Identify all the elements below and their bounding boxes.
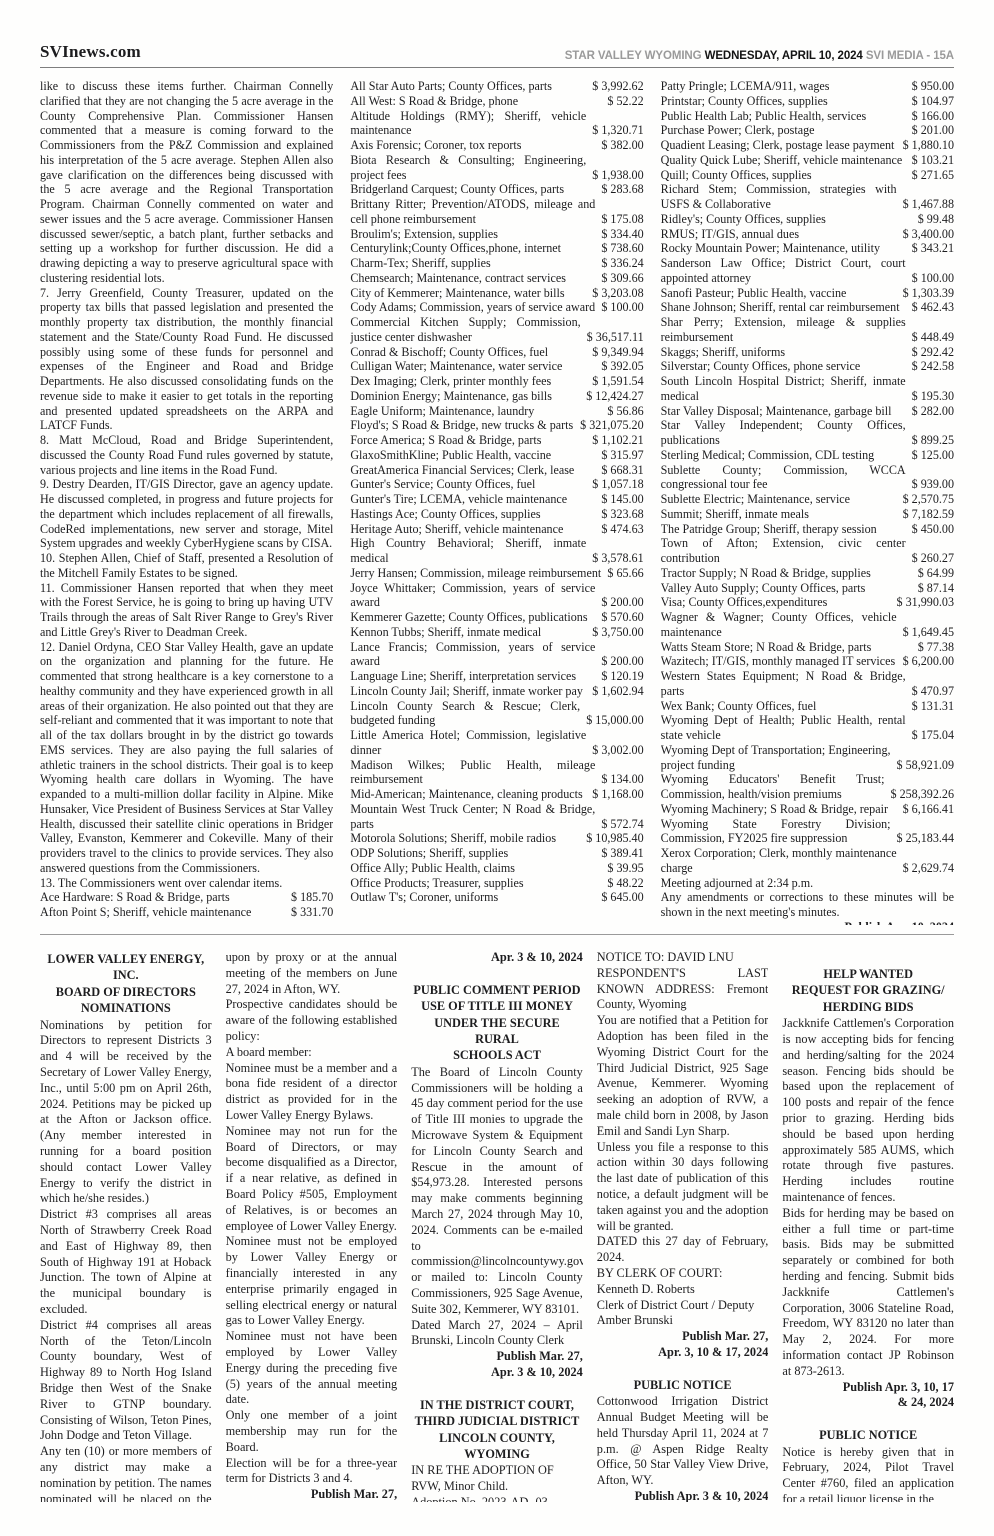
expense-amount: $ 258,392.26 [891,787,955,802]
expense-payee: Gunter's Service; County Offices, fuel [350,477,535,492]
expense-row: Sanderson Law Office; District Court, co… [661,256,954,286]
notice-block: upon by proxy or at the annual meeting o… [226,950,398,997]
expense-amount: $ 1,467.88 [903,197,954,212]
notice-blocks-1: LOWER VALLEY ENERGY, INC. BOARD OF DIREC… [40,951,212,1502]
expense-amount: $ 392.05 [601,359,643,374]
expense-row: Heritage Auto; Sheriff, vehicle maintena… [350,522,643,537]
expense-row: Quality Quick Lube; Sheriff, vehicle mai… [661,153,954,168]
expense-payee: Summit; Sheriff, inmate meals [661,507,809,522]
expense-row: Office Ally; Public Health, claims $ 39.… [350,861,643,876]
expense-amount: $ 1,168.00 [592,787,643,802]
notice-block: Clerk of District Court / Deputy Amber B… [597,1298,769,1330]
expense-payee: Wyoming Educators' Benefit Trust; Commis… [661,772,885,802]
expense-amount: $ 3,002.00 [592,743,643,758]
expense-payee: Biota Research & Consulting; Engineering… [350,153,586,183]
expense-row: Quadient Leasing; Clerk, postage lease p… [661,138,954,153]
expense-row: Motorola Solutions; Sheriff, mobile radi… [350,831,643,846]
expense-amount: $ 474.63 [601,522,643,537]
expense-amount: $ 283.68 [601,182,643,197]
expense-row: Brittany Ritter; Prevention/ATODS, milea… [350,197,643,227]
expense-amount: $ 645.00 [601,890,643,905]
expense-row: RMUS; IT/GIS, annual dues $ 3,400.00 [661,227,954,242]
expense-payee: Altitude Holdings (RMY); Sheriff, vehicl… [350,109,586,139]
expense-amount: $ 52.22 [607,94,643,109]
expense-payee: Wagner & Wagner; County Offices, vehicle… [661,610,897,640]
expense-payee: Wazitech; IT/GIS, monthly managed IT ser… [661,654,896,669]
expense-row: Rocky Mountain Power; Maintenance, utili… [661,241,954,256]
minutes-closing-blocks: Meeting adjourned at 2:34 p.m.Any amendm… [661,876,954,926]
notice-block: PUBLIC COMMENT PERIOD USE OF TITLE III M… [411,982,583,1064]
expense-row: Jerry Hansen; Commission, mileage reimbu… [350,566,643,581]
expense-row: Shar Perry; Extension, mileage & supplie… [661,315,954,345]
expense-row: Floyd's; S Road & Bridge, new trucks & p… [350,418,643,433]
notice-block: PUBLIC NOTICE [782,1427,954,1443]
expense-payee: Star Valley Disposal; Maintenance, garba… [661,404,892,419]
expense-payee: Floyd's; S Road & Bridge, new trucks & p… [350,418,573,433]
expense-payee: Commercial Kitchen Supply; Commission, j… [350,315,580,345]
masthead: SVInews.com STAR VALLEY WYOMING WEDNESDA… [40,0,954,67]
expense-payee: Shar Perry; Extension, mileage & supplie… [661,315,906,345]
expense-amount: $ 6,200.00 [903,654,954,669]
expense-payee: Richard Stem; Commission, strategies wit… [661,182,897,212]
notice-block: Publish Apr. 3 & 10, 2024 [597,1489,769,1502]
expense-amount: $ 9,349.94 [592,345,643,360]
expense-payee: Conrad & Bischoff; County Offices, fuel [350,345,548,360]
notice-block: Unless you file a response to this actio… [597,1140,769,1235]
expense-row: Charm-Tex; Sheriff, supplies $ 336.24 [350,256,643,271]
expense-payee: Mid-American; Maintenance, cleaning prod… [350,787,582,802]
notices-column-3: Apr. 3 & 10, 2024PUBLIC COMMENT PERIOD U… [411,950,583,1502]
notice-block: Election will be for a three-year term f… [226,1456,398,1488]
minutes-column-3: Patty Pringle; LCEMA/911, wages $ 950.00… [661,79,954,925]
expense-payee: Dex Imaging; Clerk, printer monthly fees [350,374,551,389]
expense-amount: $ 58,921.09 [897,758,954,773]
notice-block: District #4 comprises all areas North of… [40,1318,212,1444]
expense-amount: $ 39.95 [607,861,643,876]
expense-amount: $ 572.74 [601,817,643,832]
expense-row: Wyoming Educators' Benefit Trust; Commis… [661,772,954,802]
expense-payee: Ridley's; County Offices, supplies [661,212,826,227]
expense-payee: Office Ally; Public Health, claims [350,861,515,876]
expense-payee: RMUS; IT/GIS, annual dues [661,227,799,242]
notice-block: Nominee must not be employed by Lower Va… [226,1234,398,1329]
expense-amount: $ 195.30 [912,389,954,404]
notice-block [411,1381,583,1396]
expense-row: Silverstar; County Offices, phone servic… [661,359,954,374]
expense-row: Western States Equipment; N Road & Bridg… [661,669,954,699]
expense-payee: Wex Bank; County Offices, fuel [661,699,817,714]
notice-block: Nominations by petition for Directors to… [40,1018,212,1208]
expense-payee: Wyoming Machinery; S Road & Bridge, repa… [661,802,888,817]
expense-amount: $ 65.66 [607,566,643,581]
expense-amount: $ 1,938.00 [592,168,643,183]
expense-amount: $ 668.31 [601,463,643,478]
expense-payee: Lance Francis; Commission, years of serv… [350,640,595,670]
expense-payee: Hastings Ace; County Offices, supplies [350,507,540,522]
expense-row: All Star Auto Parts; County Offices, par… [350,79,643,94]
notice-block: IN THE DISTRICT COURT, THIRD JUDICIAL DI… [411,1397,583,1463]
expense-payee: Watts Steam Store; N Road & Bridge, part… [661,640,872,655]
notice-block [597,1361,769,1376]
minutes-paragraph-list: like to discuss these items further. Cha… [40,79,333,890]
expense-payee: Kennon Tubbs; Sheriff, inmate medical [350,625,541,640]
expense-amount: $ 175.04 [912,728,954,743]
expense-payee: Public Health Lab; Public Health, servic… [661,109,867,124]
commission-minutes-section: like to discuss these items further. Cha… [40,68,954,925]
expense-list-2: All Star Auto Parts; County Offices, par… [350,79,643,905]
notices-column-1: LOWER VALLEY ENERGY, INC. BOARD OF DIREC… [40,950,212,1502]
expense-amount: $ 2,629.74 [903,861,954,876]
expense-row: Tractor Supply; N Road & Bridge, supplie… [661,566,954,581]
expense-payee: Force America; S Road & Bridge, parts [350,433,541,448]
notice-blocks-2: upon by proxy or at the annual meeting o… [226,950,398,1502]
minutes-column-2: All Star Auto Parts; County Offices, par… [350,79,643,925]
minutes-paragraph: like to discuss these items further. Cha… [40,79,333,286]
expense-row: Ace Hardware: S Road & Bridge, parts $ 1… [40,890,333,905]
expense-row: Printstar; County Offices, supplies $ 10… [661,94,954,109]
expense-payee: Xerox Corporation; Clerk, monthly mainte… [661,846,897,876]
expense-amount: $ 7,182.59 [903,507,954,522]
expense-row: South Lincoln Hospital District; Sheriff… [661,374,954,404]
expense-amount: $ 100.00 [912,271,954,286]
expense-amount: $ 450.00 [912,522,954,537]
expense-row: Valley Auto Supply; County Offices, part… [661,581,954,596]
expense-amount: $ 899.25 [912,433,954,448]
notice-blocks-5: HELP WANTED REQUEST FOR GRAZING/ HERDING… [782,950,954,1502]
expense-row: Little America Hotel; Commission, legisl… [350,728,643,758]
expense-row: Dominion Energy; Maintenance, gas bills … [350,389,643,404]
notice-block: LOWER VALLEY ENERGY, INC. BOARD OF DIREC… [40,951,212,1017]
minutes-paragraph: 11. Commissioner Hansen reported that wh… [40,581,333,640]
expense-amount: $ 87.14 [918,581,954,596]
expense-amount: $ 31,990.03 [897,595,954,610]
expense-payee: Visa; County Offices,expenditures [661,595,828,610]
expense-row: Madison Wilkes; Public Health, mileage r… [350,758,643,788]
expense-row: Ridley's; County Offices, supplies $ 99.… [661,212,954,227]
expense-row: Bridgerland Carquest; County Offices, pa… [350,182,643,197]
expense-row: Purchase Power; Clerk, postage $ 201.00 [661,123,954,138]
expense-row: Kennon Tubbs; Sheriff, inmate medical $ … [350,625,643,640]
expense-row: Sanofi Pasteur; Public Health, vaccine $… [661,286,954,301]
expense-payee: Afton Point S; Sheriff, vehicle maintena… [40,905,251,920]
expense-amount: $ 950.00 [912,79,954,94]
expense-amount: $ 1,649.45 [903,625,954,640]
notice-block: You are notified that a Petition for Ado… [597,1013,769,1139]
expense-row: Lincoln County Jail; Sheriff, inmate wor… [350,684,643,699]
expense-amount: $ 200.00 [601,595,643,610]
expense-payee: Eagle Uniform; Maintenance, laundry [350,404,534,419]
expense-amount: $ 25,183.44 [897,831,954,846]
newspaper-page: SVInews.com STAR VALLEY WYOMING WEDNESDA… [0,0,994,1536]
expense-amount: $ 120.19 [601,669,643,684]
expense-amount: $ 2,570.75 [903,492,954,507]
expense-payee: Charm-Tex; Sheriff, supplies [350,256,490,271]
expense-row: Watts Steam Store; N Road & Bridge, part… [661,640,954,655]
expense-payee: Kemmerer Gazette; County Offices, public… [350,610,587,625]
expense-payee: Bridgerland Carquest; County Offices, pa… [350,182,564,197]
expense-amount: $ 334.40 [601,227,643,242]
notice-block [782,1411,954,1426]
notices-column-4: NOTICE TO: DAVID LNURESPONDENT'S LAST KN… [597,950,769,1502]
expense-row: Patty Pringle; LCEMA/911, wages $ 950.00 [661,79,954,94]
expense-amount: $ 99.48 [918,212,954,227]
expense-amount: $ 570.60 [601,610,643,625]
expense-payee: Sterling Medical; Commission, CDL testin… [661,448,875,463]
expense-payee: City of Kemmerer; Maintenance, water bil… [350,286,564,301]
expense-row: Wyoming Machinery; S Road & Bridge, repa… [661,802,954,817]
expense-row: City of Kemmerer; Maintenance, water bil… [350,286,643,301]
expense-row: Wyoming State Forestry Division; Commiss… [661,817,954,847]
expense-row: Cody Adams; Commission, years of service… [350,300,643,315]
expense-row: Summit; Sheriff, inmate meals $ 7,182.59 [661,507,954,522]
notice-block: DATED this 27 day of February, 2024. [597,1234,769,1266]
notice-block: Publish Mar. 27, [226,1487,398,1502]
notice-block: District #3 comprises all areas North of… [40,1207,212,1318]
expense-payee: Lincoln County Search & Rescue; Clerk, b… [350,699,580,729]
expense-amount: $ 323.68 [601,507,643,522]
expense-amount: $ 1,303.39 [903,286,954,301]
minutes-closing-line: Meeting adjourned at 2:34 p.m. [661,876,954,891]
minutes-paragraph: 7. Jerry Greenfield, County Treasurer, u… [40,286,333,434]
expense-row: Visa; County Offices,expenditures $ 31,9… [661,595,954,610]
expense-payee: Joyce Whittaker; Commission, years of se… [350,581,595,611]
notice-block: BY CLERK OF COURT: [597,1266,769,1282]
expense-row: Lincoln County Search & Rescue; Clerk, b… [350,699,643,729]
expense-row: Altitude Holdings (RMY); Sheriff, vehicl… [350,109,643,139]
expense-amount: $ 201.00 [912,123,954,138]
expense-payee: Western States Equipment; N Road & Bridg… [661,669,906,699]
expense-row: Town of Afton; Extension, civic center c… [661,536,954,566]
expense-payee: All Star Auto Parts; County Offices, par… [350,79,552,94]
expense-amount: $ 448.49 [912,330,954,345]
notice-block: Publish Apr. 3, 10, 17 & 24, 2024 [782,1380,954,1412]
notice-block: A board member: [226,1045,398,1061]
expense-payee: Tractor Supply; N Road & Bridge, supplie… [661,566,871,581]
expense-amount: $ 3,400.00 [903,227,954,242]
expense-payee: Rocky Mountain Power; Maintenance, utili… [661,241,880,256]
expense-row: Conrad & Bischoff; County Offices, fuel … [350,345,643,360]
notice-block: IN RE THE ADOPTION OF RVW, Minor Child. [411,1463,583,1495]
expense-payee: Sanderson Law Office; District Court, co… [661,256,906,286]
expense-amount: $ 1,591.54 [592,374,643,389]
expense-amount: $ 309.66 [601,271,643,286]
expense-amount: $ 56.86 [607,404,643,419]
notice-block: RESPONDENT'S LAST KNOWN ADDRESS: Fremont… [597,966,769,1013]
expense-row: All West: S Road & Bridge, phone $ 52.22 [350,94,643,109]
date-label: WEDNESDAY, APRIL 10, 2024 [705,50,863,62]
expense-row: High Country Behavioral; Sheriff, inmate… [350,536,643,566]
expense-row: Public Health Lab; Public Health, servic… [661,109,954,124]
expense-row: Star Valley Disposal; Maintenance, garba… [661,404,954,419]
expense-row: Afton Point S; Sheriff, vehicle maintena… [40,905,333,920]
expense-row: Eagle Uniform; Maintenance, laundry $ 56… [350,404,643,419]
expense-row: Xerox Corporation; Clerk, monthly mainte… [661,846,954,876]
expense-row: Kemmerer Gazette; County Offices, public… [350,610,643,625]
expense-amount: $ 1,102.21 [592,433,643,448]
notice-block: Nominee must be a member and a bona fide… [226,1061,398,1124]
expense-row: Gunter's Tire; LCEMA, vehicle maintenanc… [350,492,643,507]
notice-block: Nominee must not have been employed by L… [226,1329,398,1408]
expense-amount: $ 343.21 [912,241,954,256]
notice-block: Cottonwood Irrigation District Annual Bu… [597,1394,769,1489]
expense-payee: Sanofi Pasteur; Public Health, vaccine [661,286,847,301]
expense-payee: Skaggs; Sheriff, uniforms [661,345,785,360]
expense-amount: $ 6,166.41 [903,802,954,817]
expense-row: Sterling Medical; Commission, CDL testin… [661,448,954,463]
expense-payee: Jerry Hansen; Commission, mileage reimbu… [350,566,601,581]
expense-payee: South Lincoln Hospital District; Sheriff… [661,374,906,404]
notice-block: Jackknife Cattlemen's Corporation is now… [782,1016,954,1206]
notice-block: The Board of Lincoln County Commissioner… [411,1065,583,1318]
notice-block: Apr. 3 & 10, 2024 [411,950,583,966]
expense-amount: $ 103.21 [912,153,954,168]
expense-payee: High Country Behavioral; Sheriff, inmate… [350,536,586,566]
expense-row: Hastings Ace; County Offices, supplies $… [350,507,643,522]
expense-payee: Outlaw T's; Coroner, uniforms [350,890,498,905]
expense-row: Richard Stem; Commission, strategies wit… [661,182,954,212]
expense-payee: Madison Wilkes; Public Health, mileage r… [350,758,595,788]
minutes-closing-line: Publish Apr. 10, 2024 [661,920,954,925]
expense-payee: Chemsearch; Maintenance, contract servic… [350,271,566,286]
expense-payee: Broulim's; Extension, supplies [350,227,498,242]
expense-amount: $ 3,992.62 [592,79,643,94]
minutes-paragraph: 9. Destry Dearden, IT/GIS Director, gave… [40,477,333,551]
notice-blocks-4: NOTICE TO: DAVID LNURESPONDENT'S LAST KN… [597,950,769,1502]
notice-block: Notice is hereby given that in February,… [782,1445,954,1502]
expense-amount: $ 321,075.20 [580,418,644,433]
minutes-paragraph: 8. Matt McCloud, Road and Bridge Superin… [40,433,333,477]
expense-amount: $ 10,985.40 [586,831,643,846]
notice-block [782,950,954,965]
expense-row: Centurylink;County Offices,phone, intern… [350,241,643,256]
expense-row: Wagner & Wagner; County Offices, vehicle… [661,610,954,640]
expense-row: Wyoming Dept of Transportation; Engineer… [661,743,954,773]
expense-payee: Wyoming Dept of Transportation; Engineer… [661,743,891,773]
expense-payee: Quill; County Offices, supplies [661,168,812,183]
expense-amount: $ 48.22 [607,876,643,891]
expense-list-1: Ace Hardware: S Road & Bridge, parts $ 1… [40,890,333,920]
expense-row: Shane Johnson; Sheriff, rental car reimb… [661,300,954,315]
notice-block: Only one member of a joint membership ma… [226,1408,398,1455]
expense-amount: $ 15,000.00 [586,713,643,728]
expense-amount: $ 200.00 [601,654,643,669]
expense-row: Office Products; Treasurer, supplies $ 4… [350,876,643,891]
notice-block: Nominee may not run for the Board of Dir… [226,1124,398,1235]
expense-payee: Star Valley Independent; County Offices,… [661,418,906,448]
expense-row: Gunter's Service; County Offices, fuel $… [350,477,643,492]
expense-amount: $ 185.70 [291,890,333,905]
expense-amount: $ 134.00 [601,772,643,787]
expense-payee: Motorola Solutions; Sheriff, mobile radi… [350,831,556,846]
expense-amount: $ 336.24 [601,256,643,271]
expense-row: Broulim's; Extension, supplies $ 334.40 [350,227,643,242]
expense-list-3: Patty Pringle; LCEMA/911, wages $ 950.00… [661,79,954,876]
expense-payee: Town of Afton; Extension, civic center c… [661,536,906,566]
expense-row: Outlaw T's; Coroner, uniforms $ 645.00 [350,890,643,905]
expense-row: Star Valley Independent; County Offices,… [661,418,954,448]
expense-payee: Quadient Leasing; Clerk, postage lease p… [661,138,895,153]
notice-block: Adoption No. 2023-AD- 03 [411,1495,583,1502]
expense-amount: $ 125.00 [912,448,954,463]
expense-payee: Little America Hotel; Commission, legisl… [350,728,586,758]
expense-amount: $ 292.42 [912,345,954,360]
expense-payee: ODP Solutions; Sheriff, supplies [350,846,508,861]
expense-amount: $ 470.97 [912,684,954,699]
expense-amount: $ 131.31 [912,699,954,714]
minutes-paragraph: 10. Stephen Allen, Chief of Staff, prese… [40,551,333,581]
expense-row: Skaggs; Sheriff, uniforms $ 292.42 [661,345,954,360]
notice-block: Publish Mar. 27, Apr. 3, 10 & 17, 2024 [597,1329,769,1361]
notice-block: HELP WANTED REQUEST FOR GRAZING/ HERDING… [782,966,954,1015]
expense-payee: Sublette Electric; Maintenance, service [661,492,850,507]
expense-row: GreatAmerica Financial Services; Clerk, … [350,463,643,478]
expense-row: The Patridge Group; Sheriff, therapy ses… [661,522,954,537]
expense-payee: Brittany Ritter; Prevention/ATODS, milea… [350,197,595,227]
expense-amount: $ 389.41 [601,846,643,861]
expense-amount: $ 271.65 [912,168,954,183]
expense-amount: $ 3,203.08 [592,286,643,301]
notice-block: Bids for herding may be based on either … [782,1206,954,1380]
expense-amount: $ 738.60 [601,241,643,256]
notice-block: Prospective candidates should be aware o… [226,997,398,1044]
legal-notices-section: LOWER VALLEY ENERGY, INC. BOARD OF DIREC… [40,935,954,1502]
expense-payee: Patty Pringle; LCEMA/911, wages [661,79,830,94]
expense-row: Dex Imaging; Clerk, printer monthly fees… [350,374,643,389]
expense-row: Axis Forensic; Coroner, tox reports $ 38… [350,138,643,153]
notice-block: NOTICE TO: DAVID LNU [597,950,769,966]
notices-column-2: upon by proxy or at the annual meeting o… [226,950,398,1502]
expense-payee: Cody Adams; Commission, years of service… [350,300,595,315]
expense-amount: $ 1,880.10 [903,138,954,153]
expense-row: Language Line; Sheriff, interpretation s… [350,669,643,684]
expense-row: Sublette Electric; Maintenance, service … [661,492,954,507]
expense-amount: $ 12,424.27 [586,389,643,404]
expense-payee: Office Products; Treasurer, supplies [350,876,523,891]
expense-amount: $ 331.70 [291,905,333,920]
expense-amount: $ 104.97 [912,94,954,109]
expense-payee: Purchase Power; Clerk, postage [661,123,815,138]
expense-amount: $ 1,057.18 [592,477,643,492]
expense-amount: $ 77.38 [918,640,954,655]
expense-amount: $ 166.00 [912,109,954,124]
expense-amount: $ 1,320.71 [592,123,643,138]
expense-row: Culligan Water; Maintenance, water servi… [350,359,643,374]
expense-row: Wyoming Dept of Health; Public Health, r… [661,713,954,743]
notices-column-5: HELP WANTED REQUEST FOR GRAZING/ HERDING… [782,950,954,1502]
expense-row: GlaxoSmithKline; Public Health, vaccine … [350,448,643,463]
expense-amount: $ 242.58 [912,359,954,374]
expense-payee: Sublette County; Commission, WCCA congre… [661,463,906,493]
expense-amount: $ 100.00 [601,300,643,315]
expense-amount: $ 145.00 [601,492,643,507]
expense-row: Biota Research & Consulting; Engineering… [350,153,643,183]
expense-payee: All West: S Road & Bridge, phone [350,94,518,109]
expense-amount: $ 462.43 [912,300,954,315]
expense-amount: $ 3,750.00 [592,625,643,640]
expense-payee: GlaxoSmithKline; Public Health, vaccine [350,448,551,463]
notice-block: Publish Mar. 27, Apr. 3 & 10, 2024 [411,1349,583,1381]
expense-row: Sublette County; Commission, WCCA congre… [661,463,954,493]
edition-label: SVI MEDIA - 15A [863,50,954,62]
expense-payee: Silverstar; County Offices, phone servic… [661,359,861,374]
minutes-paragraph: 12. Daniel Ordyna, CEO Star Valley Healt… [40,640,333,876]
expense-amount: $ 64.99 [918,566,954,581]
expense-row: Chemsearch; Maintenance, contract servic… [350,271,643,286]
expense-payee: GreatAmerica Financial Services; Clerk, … [350,463,574,478]
expense-row: Quill; County Offices, supplies $ 271.65 [661,168,954,183]
expense-row: Commercial Kitchen Supply; Commission, j… [350,315,643,345]
expense-payee: Heritage Auto; Sheriff, vehicle maintena… [350,522,563,537]
